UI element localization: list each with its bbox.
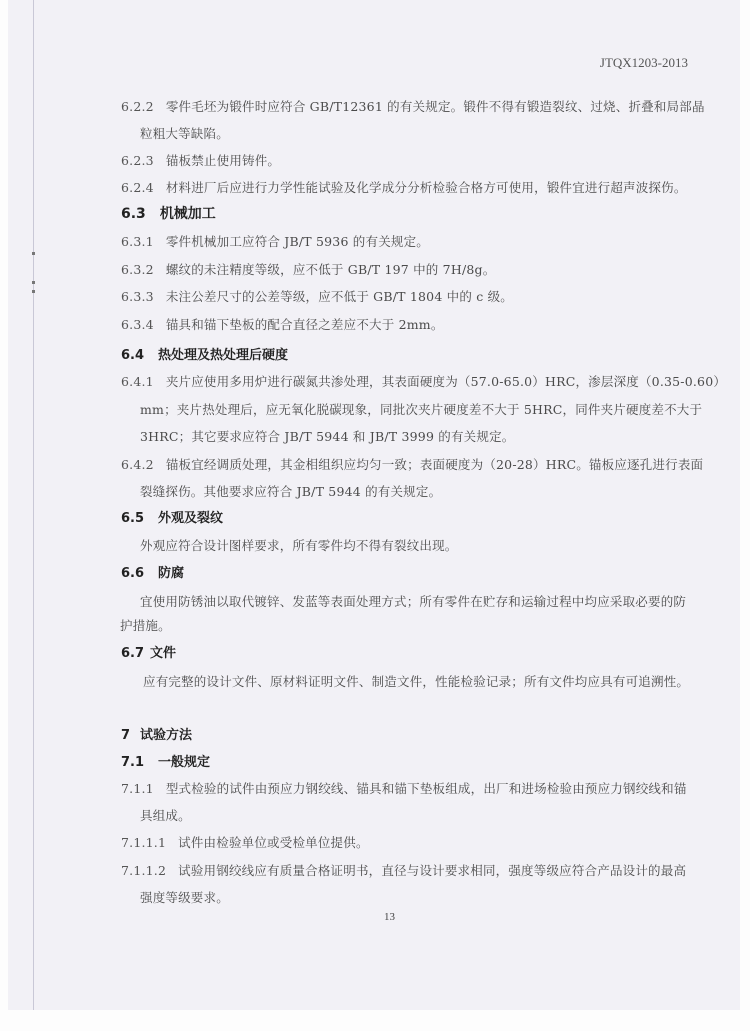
section-heading-6-4: 6.4热处理及热处理后硬度 (121, 344, 288, 363)
clause-6-4-2-cont: 裂缝探伤。其他要求应符合 JB/T 5944 的有关规定。 (140, 482, 441, 500)
document-code: JTQX1203-2013 (600, 55, 688, 71)
clause-6-2-3: 6.2.3锚板禁止使用铸件。 (121, 151, 280, 169)
paragraph-6-6: 宜使用防锈油以取代镀锌、发蓝等表面处理方式；所有零件在贮存和运输过程中均应采取必… (140, 592, 686, 610)
clause-6-3-4: 6.3.4锚具和锚下垫板的配合直径之差应不大于 2mm。 (121, 315, 444, 333)
binding-hole-mark (32, 252, 35, 255)
clause-7-1-1-2-cont: 强度等级要求。 (140, 888, 229, 906)
binding-hole-mark (32, 290, 35, 293)
paragraph-6-5: 外观应符合设计图样要求，所有零件均不得有裂纹出现。 (140, 536, 458, 554)
paragraph-6-7: 应有完整的设计文件、原材料证明文件、制造文件，性能检验记录；所有文件均应具有可追… (143, 672, 689, 690)
clause-6-4-1-cont2: 3HRC；其它要求应符合 JB/T 5944 和 JB/T 3999 的有关规定… (140, 427, 515, 445)
paragraph-6-6-cont: 护措施。 (120, 616, 171, 634)
clause-6-2-2: 6.2.2零件毛坯为锻件时应符合 GB/T12361 的有关规定。锻件不得有锻造… (121, 97, 705, 115)
section-heading-6-6: 6.6防腐 (121, 562, 184, 581)
section-heading-6-5: 6.5外观及裂纹 (121, 507, 223, 526)
clause-6-4-1: 6.4.1夹片应使用多用炉进行碳氮共渗处理，其表面硬度为（57.0-65.0）H… (121, 372, 726, 390)
clause-7-1-1-1: 7.1.1.1试件由检验单位或受检单位提供。 (121, 833, 369, 851)
clause-6-4-2: 6.4.2锚板宜经调质处理，其金相组织应均匀一致；表面硬度为（20-28）HRC… (121, 455, 703, 473)
clause-7-1-1: 7.1.1型式检验的试件由预应力钢绞线、锚具和锚下垫板组成，出厂和进场检验由预应… (121, 779, 687, 797)
section-heading-6-7: 6.7文件 (121, 642, 176, 661)
clause-6-4-1-cont: mm；夹片热处理后，应无氧化脱碳现象，同批次夹片硬度差不大于 5HRC，同件夹片… (140, 400, 702, 418)
section-heading-6-3: 6.3机械加工 (121, 203, 216, 223)
scanned-page (8, 0, 740, 1010)
clause-7-1-1-cont: 具组成。 (140, 806, 191, 824)
binding-line (33, 0, 34, 1010)
section-heading-7-1: 7.1一般规定 (121, 751, 210, 770)
clause-6-3-3: 6.3.3未注公差尺寸的公差等级，应不低于 GB/T 1804 中的 c 级。 (121, 287, 513, 305)
page-number: 13 (384, 911, 395, 923)
clause-6-2-2-cont: 粒粗大等缺陷。 (140, 124, 229, 142)
chapter-heading-7: 7试验方法 (121, 724, 192, 743)
clause-7-1-1-2: 7.1.1.2试验用钢绞线应有质量合格证明书，直径与设计要求相同，强度等级应符合… (121, 861, 686, 879)
binding-hole-mark (32, 281, 35, 284)
clause-6-3-1: 6.3.1零件机械加工应符合 JB/T 5936 的有关规定。 (121, 232, 429, 250)
clause-6-2-4: 6.2.4材料进厂后应进行力学性能试验及化学成分分析检验合格方可使用，锻件宜进行… (121, 178, 687, 196)
clause-6-3-2: 6.3.2螺纹的未注精度等级，应不低于 GB/T 197 中的 7H/8g。 (121, 260, 495, 278)
